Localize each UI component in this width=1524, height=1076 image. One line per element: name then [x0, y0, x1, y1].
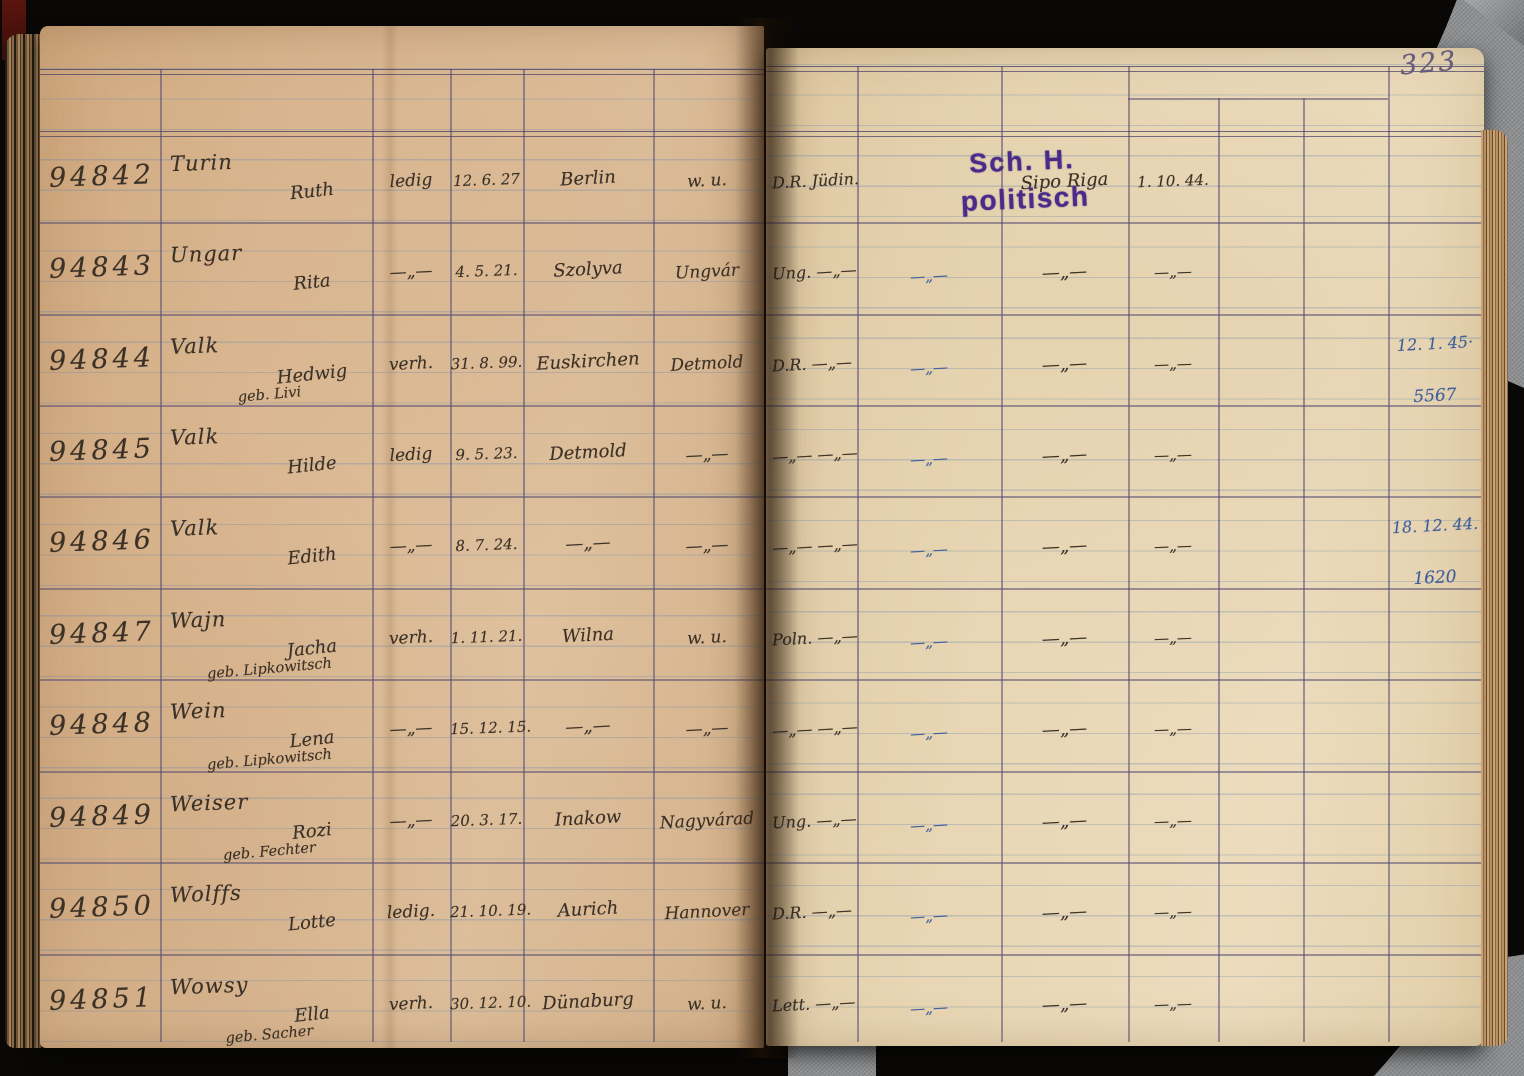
header-subdivision-line	[1128, 98, 1388, 100]
birth-date: 1. 11. 21.	[450, 627, 524, 648]
prisoner-number: 94850	[45, 890, 158, 925]
admission-date: 1. 10. 44.	[1128, 170, 1219, 191]
book-scan: 94842TurinRuthledig12. 6. 27Berlinw. u.9…	[0, 0, 1524, 1076]
register-row: 94851WowsyEllageb. Sacherverh.30. 12. 10…	[40, 954, 764, 1042]
stamp-line2: politisch	[960, 177, 1090, 220]
ledger-page-right: D.R. Jüdin.Sipo Riga1. 10. 44.Ung. —„——„…	[766, 48, 1484, 1046]
delivered-by: —„—	[1001, 259, 1129, 287]
marital-status: ledig.	[372, 900, 451, 924]
birth-place: Berlin	[523, 165, 654, 193]
admission-date: —„—	[1128, 810, 1219, 831]
admission-date: —„—	[1128, 444, 1219, 465]
delivered-by: —„—	[1001, 991, 1129, 1019]
surname: Weiser	[170, 790, 249, 817]
marital-status: —„—	[372, 534, 451, 558]
delivered-by: —„—	[1001, 899, 1129, 927]
admission-date: —„—	[1128, 718, 1219, 739]
register-row: 94850WolffsLotteledig.21. 10. 19.AurichH…	[40, 862, 764, 954]
delivered-by: —„—	[1001, 716, 1129, 744]
register-row: —„— —„——„——„——„—	[766, 679, 1484, 771]
register-row: 94848WeinLenageb. Lipkowitsch—„—15. 12. …	[40, 679, 764, 771]
category-ditto: —„—	[857, 812, 1002, 838]
register-row: D.R. —„——„——„——„—	[766, 862, 1484, 954]
header-rule	[40, 69, 764, 75]
birth-date: 12. 6. 27	[450, 170, 524, 191]
margin-date: 18. 12. 44.	[1390, 514, 1481, 538]
residence: —„—	[653, 442, 762, 468]
nationality: Lett. —„—	[772, 992, 869, 1016]
register-row: Ung. —„——„——„——„—	[766, 771, 1484, 862]
nationality: D.R. —„—	[772, 352, 869, 376]
stamp-line1: Sch. H.	[968, 140, 1088, 182]
delivered-by: —„—	[1001, 533, 1129, 561]
residence: w. u.	[653, 991, 762, 1017]
prisoner-number: 94848	[45, 707, 158, 742]
residence: —„—	[653, 716, 762, 742]
margin-date: 12. 1. 45·	[1390, 332, 1481, 356]
nationality: Ung. —„—	[772, 260, 869, 284]
nationality: —„— —„—	[772, 534, 869, 558]
admission-date: —„—	[1128, 901, 1219, 922]
nationality: D.R. Jüdin.	[772, 169, 869, 193]
prisoner-number: 94846	[45, 524, 158, 559]
birth-date: 20. 3. 17.	[450, 810, 524, 831]
admission-date: —„—	[1128, 627, 1219, 648]
prisoner-number: 94849	[45, 799, 158, 834]
prisoner-number: 94843	[45, 250, 158, 285]
birth-place: Wilna	[523, 622, 654, 650]
prisoner-number: 94851	[45, 982, 158, 1017]
marital-status: —„—	[372, 260, 451, 284]
birth-date: 4. 5. 21.	[450, 261, 524, 282]
surname: Wolffs	[170, 881, 243, 907]
given-name: Ruth	[251, 175, 373, 208]
register-row: Lett. —„——„——„——„—	[766, 954, 1484, 1042]
birth-date: 30. 12. 10.	[450, 993, 524, 1014]
residence: Detmold	[653, 351, 762, 377]
prisoner-number: 94842	[45, 159, 158, 194]
delivered-by: —„—	[1001, 808, 1129, 836]
prisoner-number: 94847	[45, 616, 158, 651]
register-row: 94846ValkEdith—„—8. 7. 24.—„——„—	[40, 496, 764, 588]
marital-status: —„—	[372, 717, 451, 741]
given-name: Rita	[251, 266, 373, 299]
register-row: 94845ValkHildeledig9. 5. 23.Detmold—„—	[40, 405, 764, 496]
birth-date: 15. 12. 15.	[450, 718, 524, 739]
page-number: 323	[1399, 46, 1459, 82]
marital-status: ledig	[372, 443, 451, 467]
delivered-by: —„—	[1001, 625, 1129, 653]
header-rule	[766, 66, 1484, 72]
birth-date: 8. 7. 24.	[450, 535, 524, 556]
register-row: 94847WajnJachageb. Lipkowitschverh.1. 11…	[40, 588, 764, 679]
category-ditto: —„—	[857, 446, 1002, 472]
birth-date: 31. 8. 99.	[450, 353, 524, 374]
category-ditto: —„—	[857, 903, 1002, 929]
margin-number: 1620	[1390, 566, 1481, 591]
admission-date: —„—	[1128, 993, 1219, 1014]
marital-status: verh.	[372, 992, 451, 1016]
birth-place: Aurich	[523, 896, 654, 924]
page-edges-right	[1481, 130, 1508, 1046]
nationality: D.R. —„—	[772, 900, 869, 924]
surname: Valk	[170, 424, 220, 450]
ledger-page-left: 94842TurinRuthledig12. 6. 27Berlinw. u.9…	[40, 26, 764, 1048]
register-row: 94843UngarRita—„—4. 5. 21.SzolyvaUngvár	[40, 222, 764, 314]
delivered-by: —„—	[1001, 351, 1129, 379]
marital-status: verh.	[372, 626, 451, 650]
given-name: Edith	[251, 540, 373, 573]
register-row: D.R. —„——„——„——„—12. 1. 45·5567	[766, 314, 1484, 405]
prisoner-number: 94845	[45, 433, 158, 468]
residence: Nagyvárad	[653, 808, 762, 834]
prisoner-number: 94844	[45, 342, 158, 377]
register-row: 94844ValkHedwiggeb. Liviverh.31. 8. 99.E…	[40, 314, 764, 405]
residence: w. u.	[653, 625, 762, 651]
register-row: —„— —„——„——„——„—18. 12. 44.1620	[766, 496, 1484, 588]
surname: Wein	[170, 698, 227, 724]
marital-status: verh.	[372, 352, 451, 376]
residence: —„—	[653, 533, 762, 559]
surname: Valk	[170, 333, 220, 359]
category-ditto: —„—	[857, 537, 1002, 563]
category-ditto: —„—	[857, 355, 1002, 381]
birth-place: —„—	[523, 530, 654, 558]
surname: Ungar	[170, 241, 243, 268]
residence: w. u.	[653, 168, 762, 194]
politisch-stamp: Sch. H. politisch	[968, 140, 1090, 219]
given-name: Hilde	[251, 449, 373, 482]
admission-date: —„—	[1128, 353, 1219, 374]
register-row: Poln. —„——„——„——„—	[766, 588, 1484, 679]
admission-date: —„—	[1128, 261, 1219, 282]
surname: Wowsy	[170, 973, 249, 1000]
birth-date: 9. 5. 23.	[450, 444, 524, 465]
birth-place: —„—	[523, 713, 654, 741]
nationality: Poln. —„—	[772, 626, 869, 650]
surname: Turin	[170, 150, 234, 176]
nationality: —„— —„—	[772, 443, 869, 467]
register-row: —„— —„——„——„——„—	[766, 405, 1484, 496]
register-row: D.R. Jüdin.Sipo Riga1. 10. 44.	[766, 131, 1484, 222]
register-row: 94842TurinRuthledig12. 6. 27Berlinw. u.	[40, 131, 764, 222]
register-row: Ung. —„——„——„——„—	[766, 222, 1484, 314]
marital-status: —„—	[372, 809, 451, 833]
surname: Wajn	[170, 607, 227, 633]
admission-date: —„—	[1128, 535, 1219, 556]
birth-place: Inakow	[523, 805, 654, 833]
birth-place: Szolyva	[523, 256, 654, 284]
category-ditto: —„—	[857, 720, 1002, 746]
category-ditto: —„—	[857, 629, 1002, 655]
category-ditto: —„—	[857, 263, 1002, 289]
marital-status: ledig	[372, 169, 451, 193]
delivered-by: —„—	[1001, 442, 1129, 470]
category-ditto: —„—	[857, 995, 1002, 1021]
register-row: 94849WeiserRozigeb. Fechter—„—20. 3. 17.…	[40, 771, 764, 862]
given-name: Lotte	[251, 906, 373, 939]
residence: Hannover	[653, 899, 762, 925]
nationality: Ung. —„—	[772, 809, 869, 833]
nationality: —„— —„—	[772, 717, 869, 741]
surname: Valk	[170, 515, 220, 541]
birth-place: Detmold	[523, 439, 654, 467]
page-edges-left	[5, 34, 42, 1048]
birth-place: Dünaburg	[523, 988, 654, 1016]
birth-date: 21. 10. 19.	[450, 901, 524, 922]
birth-place: Euskirchen	[523, 348, 654, 376]
residence: Ungvár	[653, 259, 762, 285]
